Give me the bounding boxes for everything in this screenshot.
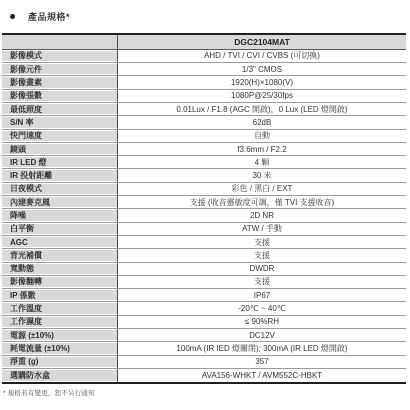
- spec-row-value: 1920(H)×1080(V): [118, 76, 406, 88]
- spec-row-value: 彩色 / 黑白 / EXT: [118, 183, 406, 195]
- spec-row-value: DWDR: [118, 263, 406, 275]
- spec-row-value: ATW / 手動: [118, 223, 406, 235]
- spec-table-header-spacer: [2, 35, 118, 49]
- spec-row: 影像畫素1920(H)×1080(V): [2, 76, 406, 89]
- spec-row: 工作濕度≤ 90%RH: [2, 316, 406, 329]
- spec-table: DGC2104MAT 影像模式AHD / TVI / CVI / CVBS (可…: [2, 33, 406, 384]
- spec-row-label: 電源 (±10%): [2, 329, 118, 341]
- spec-row-value: 1080P@25/30fps: [118, 90, 406, 102]
- spec-row-value: 1/3" CMOS: [118, 63, 406, 75]
- spec-row-label: 影像張數: [2, 90, 118, 102]
- spec-row-value: 62dB: [118, 116, 406, 128]
- spec-row: IR LED 燈4 顆: [2, 156, 406, 169]
- spec-row-value: 4 顆: [118, 156, 406, 168]
- spec-row-value: -20℃ ~ 40℃: [118, 302, 406, 314]
- model-name: DGC2104MAT: [118, 35, 406, 49]
- spec-row: 背光補償支援: [2, 249, 406, 262]
- spec-row: 淨重 (g)357: [2, 356, 406, 369]
- footnote: * 規格若有變更，恕不另行通知: [3, 388, 95, 397]
- spec-row-value: 支援: [118, 276, 406, 288]
- spec-row-label: S/N 率: [2, 116, 118, 128]
- spec-row-label: 快門速度: [2, 130, 118, 142]
- spec-row: 影像模式AHD / TVI / CVI / CVBS (可切換): [2, 50, 406, 63]
- spec-row: 鏡頭f3.6mm / F2.2: [2, 143, 406, 156]
- spec-row: 選購防水盒AVA156-WHKT / AVM552C-HBKT: [2, 369, 406, 382]
- spec-row-label: 耗電流量 (±10%): [2, 342, 118, 354]
- bullet-icon: [10, 14, 15, 19]
- spec-row-value: IP67: [118, 289, 406, 301]
- spec-row-label: 內建麥克風: [2, 196, 118, 208]
- spec-row-label: 降噪: [2, 209, 118, 221]
- spec-row-value: 支援 (收音靈敏度可調，僅 TVI 支援收音): [118, 196, 406, 208]
- spec-row-label: IP 係數: [2, 289, 118, 301]
- spec-row-value: 0.01Lux / F1.8 (AGC 開啟)，0 Lux (LED 燈開啟): [118, 103, 406, 115]
- spec-row-value: 30 米: [118, 169, 406, 181]
- spec-row-label: 淨重 (g): [2, 356, 118, 368]
- spec-row-label: AGC: [2, 236, 118, 248]
- spec-row-label: 日夜模式: [2, 183, 118, 195]
- spec-row-label: 鏡頭: [2, 143, 118, 155]
- spec-row-value: AVA156-WHKT / AVM552C-HBKT: [118, 369, 406, 382]
- spec-row: 日夜模式彩色 / 黑白 / EXT: [2, 183, 406, 196]
- spec-row-label: 白平衡: [2, 223, 118, 235]
- spec-row-value: 2D NR: [118, 209, 406, 221]
- spec-row: IR 投射距離30 米: [2, 169, 406, 182]
- spec-row-label: 選購防水盒: [2, 369, 118, 382]
- spec-row: 內建麥克風支援 (收音靈敏度可調，僅 TVI 支援收音): [2, 196, 406, 209]
- spec-row: 快門速度自動: [2, 130, 406, 143]
- spec-row: 電源 (±10%)DC12V: [2, 329, 406, 342]
- spec-row: AGC支援: [2, 236, 406, 249]
- section-title: 產品規格*: [10, 10, 70, 23]
- spec-row-value: 支援: [118, 236, 406, 248]
- spec-row: 影像元件1/3" CMOS: [2, 63, 406, 76]
- spec-row-label: 工作濕度: [2, 316, 118, 328]
- spec-row-value: 自動: [118, 130, 406, 142]
- spec-row-label: 寬動態: [2, 263, 118, 275]
- spec-row: IP 係數IP67: [2, 289, 406, 302]
- spec-row-value: 支援: [118, 249, 406, 261]
- spec-row-label: IR 投射距離: [2, 169, 118, 181]
- spec-row-value: AHD / TVI / CVI / CVBS (可切換): [118, 50, 406, 62]
- spec-row: 影像張數1080P@25/30fps: [2, 90, 406, 103]
- spec-row: S/N 率62dB: [2, 116, 406, 129]
- spec-row: 最低照度0.01Lux / F1.8 (AGC 開啟)，0 Lux (LED 燈…: [2, 103, 406, 116]
- spec-row-label: 工作溫度: [2, 302, 118, 314]
- spec-sheet-page: 產品規格* DGC2104MAT 影像模式AHD / TVI / CVI / C…: [0, 0, 410, 410]
- spec-row: 白平衡ATW / 手動: [2, 223, 406, 236]
- spec-row: 耗電流量 (±10%)100mA (IR IED 燈關閉); 300mA (IR…: [2, 342, 406, 355]
- spec-row-value: f3.6mm / F2.2: [118, 143, 406, 155]
- spec-row-value: DC12V: [118, 329, 406, 341]
- spec-row-label: IR LED 燈: [2, 156, 118, 168]
- spec-row: 降噪2D NR: [2, 209, 406, 222]
- spec-table-header-row: DGC2104MAT: [2, 35, 406, 50]
- spec-row-label: 背光補償: [2, 249, 118, 261]
- spec-row-label: 影像翻轉: [2, 276, 118, 288]
- spec-row: 影像翻轉支援: [2, 276, 406, 289]
- section-title-label: 產品規格*: [28, 10, 70, 23]
- spec-row-value: ≤ 90%RH: [118, 316, 406, 328]
- spec-row-value: 357: [118, 356, 406, 368]
- spec-row-label: 影像畫素: [2, 76, 118, 88]
- spec-row-value: 100mA (IR IED 燈關閉); 300mA (IR LED 燈開啟): [118, 342, 406, 354]
- spec-rows: 影像模式AHD / TVI / CVI / CVBS (可切換)影像元件1/3"…: [2, 50, 406, 382]
- spec-row-label: 影像模式: [2, 50, 118, 62]
- spec-row-label: 最低照度: [2, 103, 118, 115]
- spec-row-label: 影像元件: [2, 63, 118, 75]
- spec-row: 工作溫度-20℃ ~ 40℃: [2, 302, 406, 315]
- spec-row: 寬動態DWDR: [2, 263, 406, 276]
